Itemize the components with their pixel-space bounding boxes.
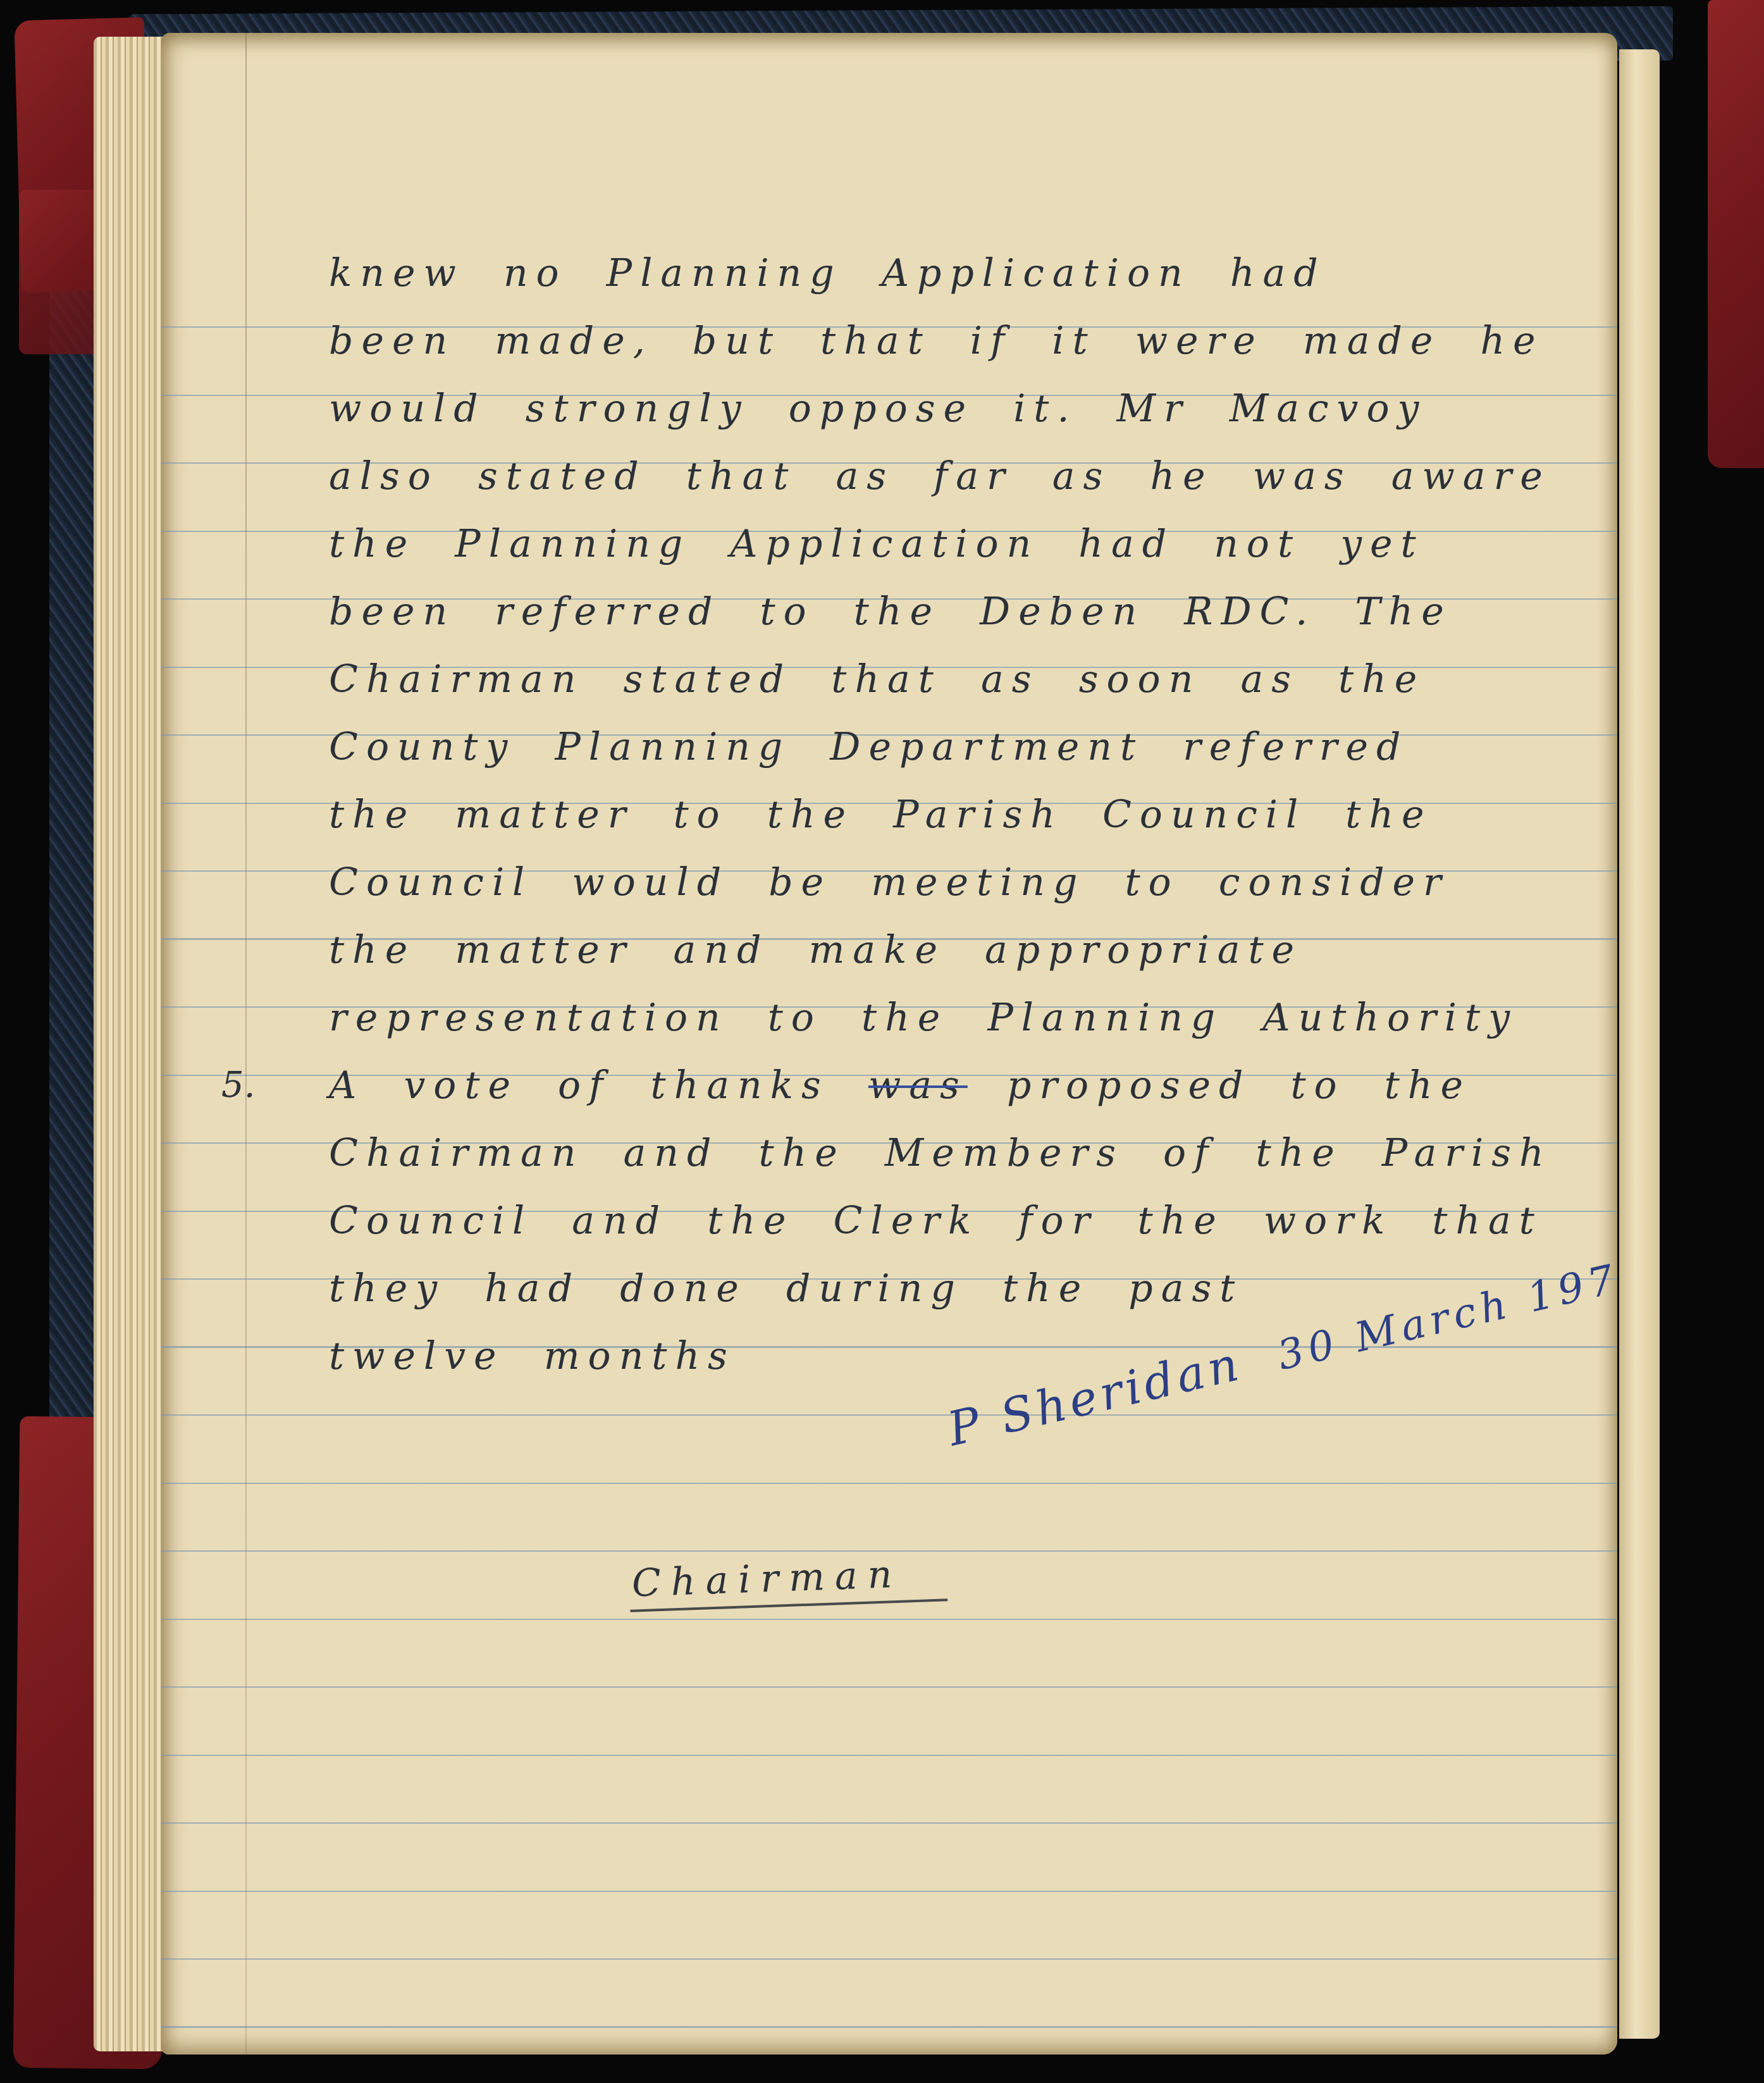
handwriting-text: the matter and make appropriate <box>329 928 1302 972</box>
handwriting-text: would strongly oppose it. Mr Macvoy <box>329 386 1428 431</box>
next-page-edge <box>1619 49 1660 2039</box>
handwriting-line: 5. A vote of thanks was proposed to the <box>161 1050 1617 1121</box>
handwriting-text: they had done during the past <box>329 1266 1243 1311</box>
handwriting-line: been referred to the Deben RDC. The <box>161 576 1617 647</box>
handwriting-text: Council would be meeting to consider <box>329 860 1450 905</box>
handwriting-text: the matter to the Parish Council the <box>329 793 1433 837</box>
page-stack-edges <box>94 37 168 2051</box>
handwriting-text: also stated that as far as he was aware <box>329 454 1551 498</box>
handwriting-text: been made, but that if it were made he <box>329 319 1544 363</box>
handwriting-line: representation to the Planning Authority <box>161 982 1617 1053</box>
handwriting-line: would strongly oppose it. Mr Macvoy <box>161 373 1617 444</box>
handwriting-text: Council and the Clerk for the work that <box>329 1199 1543 1243</box>
handwriting-line: the Planning Application had not yet <box>161 509 1617 579</box>
handwriting-text: Chairman stated that as soon as the <box>329 657 1425 702</box>
handwriting-text: been referred to the Deben RDC. The <box>329 590 1452 634</box>
chairman-title: Chairman <box>629 1550 947 1612</box>
handwriting-line: also stated that as far as he was aware <box>161 441 1617 512</box>
handwriting-line: Chairman and the Members of the Parish <box>161 1118 1617 1189</box>
handwriting-line: Council and the Clerk for the work that <box>161 1185 1617 1256</box>
item-number: 5. <box>221 1050 255 1121</box>
handwriting-line: Chairman stated that as soon as the <box>161 644 1617 715</box>
photo-backdrop: knew no Planning Application had been ma… <box>0 0 1764 2083</box>
handwriting-line: knew no Planning Application had <box>161 238 1617 309</box>
handwriting-line: the matter and make appropriate <box>161 915 1617 986</box>
handwriting-text: County Planning Department referred <box>329 725 1409 769</box>
red-cover-right-edge <box>1708 0 1764 468</box>
handwriting-text: representation to the Planning Authority <box>329 996 1518 1040</box>
handwriting-line: County Planning Department referred <box>161 712 1617 782</box>
handwriting-line: the matter to the Parish Council the <box>161 779 1617 850</box>
notebook-page: knew no Planning Application had been ma… <box>161 33 1617 2055</box>
handwriting-line: been made, but that if it were made he <box>161 306 1617 376</box>
handwriting-text: knew no Planning Application had <box>329 251 1326 295</box>
handwriting-line: Council would be meeting to consider <box>161 847 1617 918</box>
handwriting-text: twelve months <box>329 1334 736 1378</box>
handwriting-text: Chairman and the Members of the Parish <box>329 1131 1552 1175</box>
handwriting-text: the Planning Application had not yet <box>329 522 1424 566</box>
handwriting-text: A vote of thanks was proposed to the <box>329 1063 1471 1108</box>
